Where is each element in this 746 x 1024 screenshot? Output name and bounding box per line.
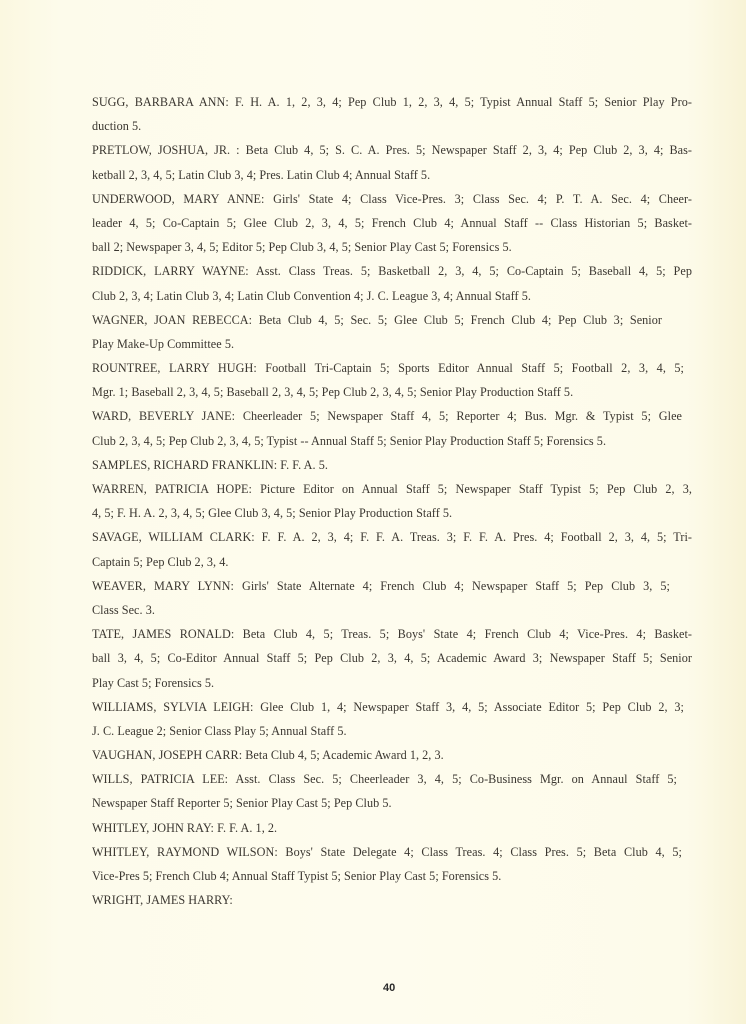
yearbook-page: SUGG, BARBARA ANN: F. H. A. 1, 2, 3, 4; … — [0, 0, 746, 1024]
entry-line: WILLIAMS, SYLVIA LEIGH: Glee Club 1, 4; … — [92, 695, 684, 719]
entry-line: duction 5. — [92, 114, 692, 138]
entry-line: WHITLEY, RAYMOND WILSON: Boys' State Del… — [92, 840, 682, 864]
entry-pretlow: PRETLOW, JOSHUA, JR. : Beta Club 4, 5; S… — [92, 138, 692, 186]
entry-whitley-john: WHITLEY, JOHN RAY: F. F. A. 1, 2. — [92, 816, 692, 840]
entry-line: WARD, BEVERLY JANE: Cheerleader 5; Newsp… — [92, 404, 682, 428]
entry-line: WRIGHT, JAMES HARRY: — [92, 888, 692, 912]
entry-tate: TATE, JAMES RONALD: Beta Club 4, 5; Trea… — [92, 622, 692, 695]
entry-line: SAVAGE, WILLIAM CLARK: F. F. A. 2, 3, 4;… — [92, 525, 692, 549]
entry-line: WARREN, PATRICIA HOPE: Picture Editor on… — [92, 477, 692, 501]
entry-line: leader 4, 5; Co-Captain 5; Glee Club 2, … — [92, 211, 692, 235]
entry-whitley-raymond: WHITLEY, RAYMOND WILSON: Boys' State Del… — [92, 840, 692, 888]
entry-line: ketball 2, 3, 4, 5; Latin Club 3, 4; Pre… — [92, 163, 692, 187]
senior-activities-list: SUGG, BARBARA ANN: F. H. A. 1, 2, 3, 4; … — [92, 90, 692, 912]
entry-line: Club 2, 3, 4, 5; Pep Club 2, 3, 4, 5; Ty… — [92, 429, 692, 453]
entry-line: SAMPLES, RICHARD FRANKLIN: F. F. A. 5. — [92, 453, 692, 477]
entry-line: J. C. League 2; Senior Class Play 5; Ann… — [92, 719, 692, 743]
entry-ward: WARD, BEVERLY JANE: Cheerleader 5; Newsp… — [92, 404, 692, 452]
entry-line: ball 3, 4, 5; Co-Editor Annual Staff 5; … — [92, 646, 692, 670]
entry-line: Newspaper Staff Reporter 5; Senior Play … — [92, 791, 692, 815]
entry-underwood: UNDERWOOD, MARY ANNE: Girls' State 4; Cl… — [92, 187, 692, 260]
entry-line: WILLS, PATRICIA LEE: Asst. Class Sec. 5;… — [92, 767, 677, 791]
entry-samples: SAMPLES, RICHARD FRANKLIN: F. F. A. 5. — [92, 453, 692, 477]
entry-line: Play Make-Up Committee 5. — [92, 332, 692, 356]
entry-line: SUGG, BARBARA ANN: F. H. A. 1, 2, 3, 4; … — [92, 90, 692, 114]
entry-vaughan: VAUGHAN, JOSEPH CARR: Beta Club 4, 5; Ac… — [92, 743, 692, 767]
entry-line: PRETLOW, JOSHUA, JR. : Beta Club 4, 5; S… — [92, 138, 692, 162]
entry-wills: WILLS, PATRICIA LEE: Asst. Class Sec. 5;… — [92, 767, 692, 815]
entry-line: Play Cast 5; Forensics 5. — [92, 671, 692, 695]
entry-line: TATE, JAMES RONALD: Beta Club 4, 5; Trea… — [92, 622, 692, 646]
entry-line: ROUNTREE, LARRY HUGH: Football Tri-Capta… — [92, 356, 684, 380]
entry-line: Club 2, 3, 4; Latin Club 3, 4; Latin Clu… — [92, 284, 692, 308]
entry-line: Captain 5; Pep Club 2, 3, 4. — [92, 550, 692, 574]
entry-line: ball 2; Newspaper 3, 4, 5; Editor 5; Pep… — [92, 235, 692, 259]
entry-line: Mgr. 1; Baseball 2, 3, 4, 5; Baseball 2,… — [92, 380, 692, 404]
page-number: 40 — [383, 982, 395, 994]
entry-line: Class Sec. 3. — [92, 598, 692, 622]
entry-rountree: ROUNTREE, LARRY HUGH: Football Tri-Capta… — [92, 356, 692, 404]
entry-line: RIDDICK, LARRY WAYNE: Asst. Class Treas.… — [92, 259, 692, 283]
entry-line: 4, 5; F. H. A. 2, 3, 4, 5; Glee Club 3, … — [92, 501, 692, 525]
entry-line: VAUGHAN, JOSEPH CARR: Beta Club 4, 5; Ac… — [92, 743, 692, 767]
entry-wright: WRIGHT, JAMES HARRY: — [92, 888, 692, 912]
entry-line: WHITLEY, JOHN RAY: F. F. A. 1, 2. — [92, 816, 692, 840]
entry-line: Vice-Pres 5; French Club 4; Annual Staff… — [92, 864, 692, 888]
entry-weaver: WEAVER, MARY LYNN: Girls' State Alternat… — [92, 574, 692, 622]
entry-williams: WILLIAMS, SYLVIA LEIGH: Glee Club 1, 4; … — [92, 695, 692, 743]
entry-line: UNDERWOOD, MARY ANNE: Girls' State 4; Cl… — [92, 187, 692, 211]
entry-sugg: SUGG, BARBARA ANN: F. H. A. 1, 2, 3, 4; … — [92, 90, 692, 138]
entry-line: WAGNER, JOAN REBECCA: Beta Club 4, 5; Se… — [92, 308, 662, 332]
entry-wagner: WAGNER, JOAN REBECCA: Beta Club 4, 5; Se… — [92, 308, 692, 356]
entry-riddick: RIDDICK, LARRY WAYNE: Asst. Class Treas.… — [92, 259, 692, 307]
entry-line: WEAVER, MARY LYNN: Girls' State Alternat… — [92, 574, 670, 598]
entry-savage: SAVAGE, WILLIAM CLARK: F. F. A. 2, 3, 4;… — [92, 525, 692, 573]
entry-warren: WARREN, PATRICIA HOPE: Picture Editor on… — [92, 477, 692, 525]
